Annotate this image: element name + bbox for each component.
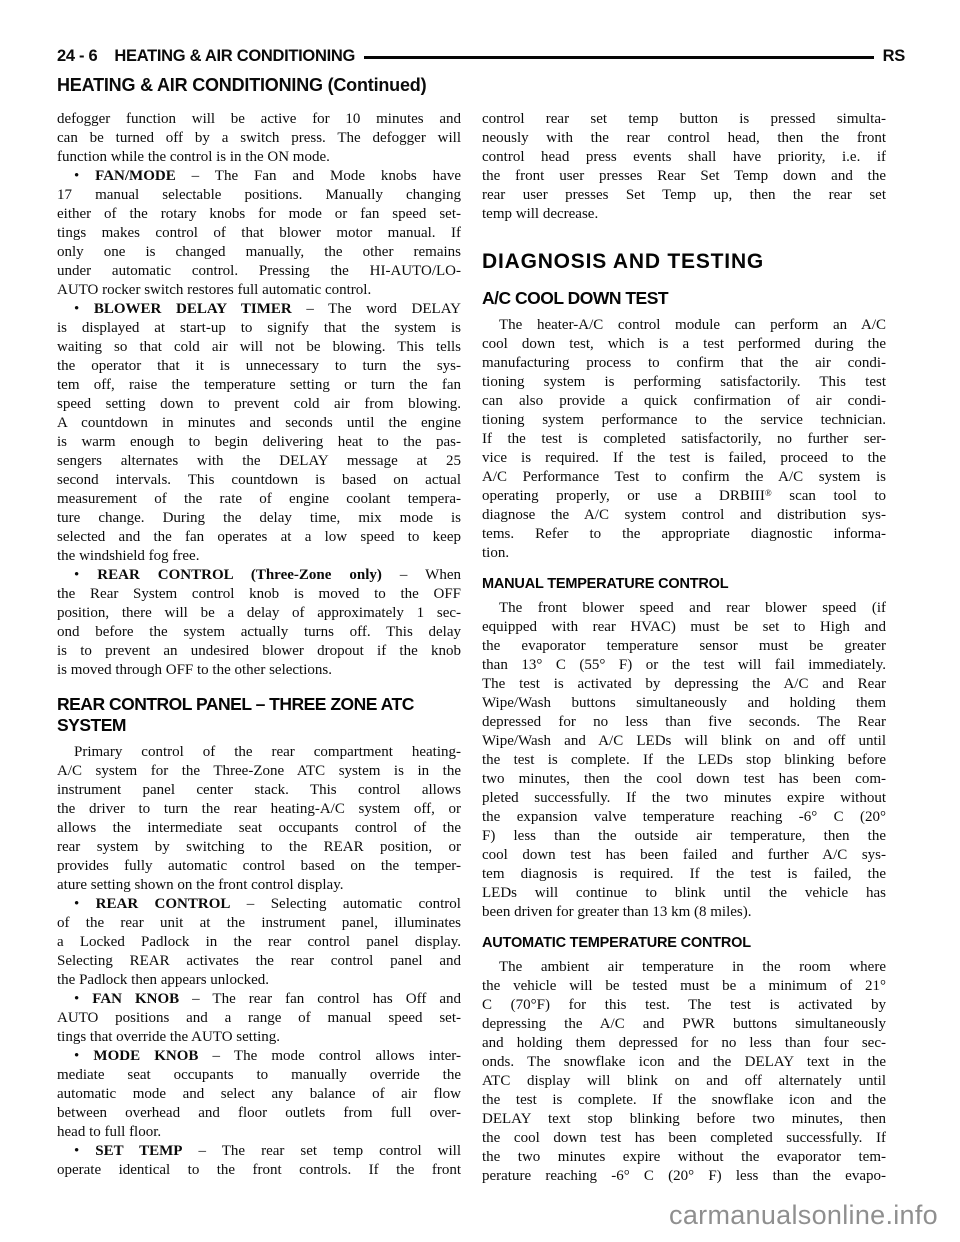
watermark: carmanualsonline.info [669,1200,938,1231]
text-line: the vehicle will be tested must be a min… [482,977,886,996]
text-line: • REAR CONTROL (Three-Zone only) – When [57,566,461,585]
left-column: defogger function will be active for 10 … [57,110,461,1186]
heading-line: MANUAL TEMPERATURE CONTROL [482,577,886,592]
bullet-item: • MODE KNOB – The mode control allows in… [57,1047,461,1142]
text-line: only one is changed manually, the other … [57,243,461,262]
text-line: the expansion valve temperature reaching… [482,808,886,827]
bullet-item: • FAN/MODE – The Fan and Mode knobs have… [57,167,461,300]
text-line: sengers alternates with the DELAY messag… [57,452,461,471]
text-line: the two minutes expire without the evapo… [482,1148,886,1167]
text-line: the operator that it is unnecessary to t… [57,357,461,376]
paragraph: The ambient air temperature in the room … [482,958,886,1186]
text-line: equipped with rear HVAC) must be set to … [482,618,886,637]
paragraph: defogger function will be active for 10 … [57,110,461,167]
text-line: tem off, raise the temperature setting o… [57,376,461,395]
text-line: and holding them depressed for no less t… [482,1034,886,1053]
text-line: the evaporator temperature sensor must b… [482,637,886,656]
text-line: operate identical to the front controls.… [57,1161,461,1180]
heading-line: DIAGNOSIS AND TESTING [482,250,886,274]
text-line: A/C Performance Test to confirm the A/C … [482,468,886,487]
text-line: If the test is completed satisfactorily,… [482,430,886,449]
text-line: tioning system performance to the servic… [482,411,886,430]
text-line: allows the intermediate seat occupants c… [57,819,461,838]
text-line: been driven for greater than 13 km (8 mi… [482,903,886,922]
text-line: automatic mode and select any balance of… [57,1085,461,1104]
text-line: neously with the rear control head, then… [482,129,886,148]
bullet-item: • BLOWER DELAY TIMER – The word DELAYis … [57,300,461,566]
text-line: tems. Refer to the appropriate diagnosti… [482,525,886,544]
text-line: vice is required. If the test is failed,… [482,449,886,468]
text-line: manufacturing process to confirm that th… [482,354,886,373]
text-line: AUTO positions and a range of manual spe… [57,1009,461,1028]
text-line: selected and the fan operates at a low s… [57,528,461,547]
page-number: 24 - 6 [57,47,97,66]
model-code-label: RS [883,47,905,66]
sub-heading: A/C COOL DOWN TEST [482,288,886,309]
text-line: diagnose the A/C system control and dist… [482,506,886,525]
text-line: is to prevent an undesired blower dropou… [57,642,461,661]
text-line: is moved through OFF to the other select… [57,661,461,680]
text-line: head to full floor. [57,1123,461,1142]
text-line: F) less than the outside air temperature… [482,827,886,846]
running-header: 24 - 6 HEATING & AIR CONDITIONING RS [57,47,905,66]
text-line: provides fully automatic control based o… [57,857,461,876]
text-line: AUTO rocker switch restores full automat… [57,281,461,300]
text-line: LEDs will continue to blink until the ve… [482,884,886,903]
text-line: cool down test has been failed and furth… [482,846,886,865]
minor-heading: MANUAL TEMPERATURE CONTROL [482,577,886,592]
text-line: the test is complete. If the LEDs stop b… [482,751,886,770]
text-line: control rear set temp button is pressed … [482,110,886,129]
text-line: Wipe/Wash buttons simultaneously and hol… [482,694,886,713]
bullet-item: • REAR CONTROL – Selecting automatic con… [57,895,461,990]
sub-heading: REAR CONTROL PANEL – THREE ZONE ATCSYSTE… [57,694,461,736]
text-line: rear system by switching to the REAR pos… [57,838,461,857]
text-line: measurement of the rate of engine coolan… [57,490,461,509]
text-line: • SET TEMP – The rear set temp control w… [57,1142,461,1161]
text-line: DELAY text stop blinking before two minu… [482,1110,886,1129]
text-line: tings makes control of that blower motor… [57,224,461,243]
text-line: mediate seat occupants to manually overr… [57,1066,461,1085]
heading-line: A/C COOL DOWN TEST [482,288,886,309]
text-line: waiting so that cold air will not be blo… [57,338,461,357]
header-rule [364,56,874,59]
text-line: tioning system is performing satisfactor… [482,373,886,392]
paragraph: The heater-A/C control module can perfor… [482,316,886,563]
text-line: A countdown in minutes and seconds until… [57,414,461,433]
text-line: • FAN KNOB – The rear fan control has Of… [57,990,461,1009]
text-line: the test is complete. If the snowflake i… [482,1091,886,1110]
text-line: • FAN/MODE – The Fan and Mode knobs have [57,167,461,186]
text-line: the Padlock then appears unlocked. [57,971,461,990]
heading-line: REAR CONTROL PANEL – THREE ZONE ATC [57,694,461,715]
text-line: speed setting down to prevent cold air f… [57,395,461,414]
text-line: between overhead and floor outlets from … [57,1104,461,1123]
text-line: C (70°F) for this test. The test is acti… [482,996,886,1015]
text-line: the windshield fog free. [57,547,461,566]
text-line: tem diagnosis is required. If the test i… [482,865,886,884]
text-line: ond before the system actually turns off… [57,623,461,642]
text-line: is displayed at start-up to signify that… [57,319,461,338]
bullet-item: • FAN KNOB – The rear fan control has Of… [57,990,461,1047]
text-line: ature setting shown on the front control… [57,876,461,895]
text-line: under automatic control. Pressing the HI… [57,262,461,281]
bullet-item: • REAR CONTROL (Three-Zone only) – Whent… [57,566,461,680]
paragraph: Primary control of the rear compartment … [57,743,461,895]
text-line: cool down test, which is a test performe… [482,335,886,354]
text-line: onds. The snowflake icon and the DELAY t… [482,1053,886,1072]
text-line: instrument panel center stack. This cont… [57,781,461,800]
text-line: defogger function will be active for 10 … [57,110,461,129]
text-line: temp will decrease. [482,205,886,224]
header-section-title: HEATING & AIR CONDITIONING [114,47,355,66]
text-line: The front blower speed and rear blower s… [482,599,886,618]
text-line: function while the control is in the ON … [57,148,461,167]
bullet-item: • SET TEMP – The rear set temp control w… [57,1142,461,1180]
text-line: A/C system for the Three-Zone ATC system… [57,762,461,781]
text-line: The test is activated by depressing the … [482,675,886,694]
main-heading: DIAGNOSIS AND TESTING [482,250,886,274]
right-column: control rear set temp button is pressed … [482,110,886,1186]
text-line: • MODE KNOB – The mode control allows in… [57,1047,461,1066]
paragraph: control rear set temp button is pressed … [482,110,886,224]
text-line: two minutes, then the cool down test has… [482,770,886,789]
text-line: second intervals. This countdown is base… [57,471,461,490]
heading-line: SYSTEM [57,715,461,736]
text-line: tion. [482,544,886,563]
text-line: either of the rotary knobs for mode or f… [57,205,461,224]
text-line: the Rear System control knob is moved to… [57,585,461,604]
text-line: a Locked Padlock in the rear control pan… [57,933,461,952]
minor-heading: AUTOMATIC TEMPERATURE CONTROL [482,936,886,951]
continued-heading: HEATING & AIR CONDITIONING (Continued) [57,75,426,96]
text-line: can also provide a quick confirmation of… [482,392,886,411]
text-line: depressing the A/C and PWR buttons simul… [482,1015,886,1034]
text-line: Wipe/Wash and A/C LEDs will blink on and… [482,732,886,751]
text-line: position, there will be a delay of appro… [57,604,461,623]
text-line: can be turned off by a switch press. The… [57,129,461,148]
text-line: the driver to turn the rear heating-A/C … [57,800,461,819]
text-line: The heater-A/C control module can perfor… [482,316,886,335]
text-line: perature reaching -6° C (20° F) less tha… [482,1167,886,1186]
text-line: ATC display will blink on and off altern… [482,1072,886,1091]
text-line: the cool down test has been completed su… [482,1129,886,1148]
text-line: than 13° C (55° F) or the test will fail… [482,656,886,675]
heading-line: AUTOMATIC TEMPERATURE CONTROL [482,936,886,951]
text-line: ture change. During the delay time, mix … [57,509,461,528]
text-line: • BLOWER DELAY TIMER – The word DELAY [57,300,461,319]
text-line: is warm enough to begin delivering heat … [57,433,461,452]
text-line: 17 manual selectable positions. Manually… [57,186,461,205]
text-line: tings that override the AUTO setting. [57,1028,461,1047]
text-line: depressed for no less than five seconds.… [482,713,886,732]
text-line: of the rear unit at the instrument panel… [57,914,461,933]
text-line: the front user presses Rear Set Temp dow… [482,167,886,186]
text-line: operating properly, or use a DRBIII® sca… [482,487,886,506]
text-line: • REAR CONTROL – Selecting automatic con… [57,895,461,914]
content-columns: defogger function will be active for 10 … [57,110,886,1186]
manual-page: 24 - 6 HEATING & AIR CONDITIONING RS HEA… [0,0,960,1242]
text-line: control head press events shall have pri… [482,148,886,167]
paragraph: The front blower speed and rear blower s… [482,599,886,922]
text-line: rear user presses Set Temp up, then the … [482,186,886,205]
text-line: The ambient air temperature in the room … [482,958,886,977]
text-line: Primary control of the rear compartment … [57,743,461,762]
text-line: Selecting REAR activates the rear contro… [57,952,461,971]
text-line: pleted successfully. If the two minutes … [482,789,886,808]
